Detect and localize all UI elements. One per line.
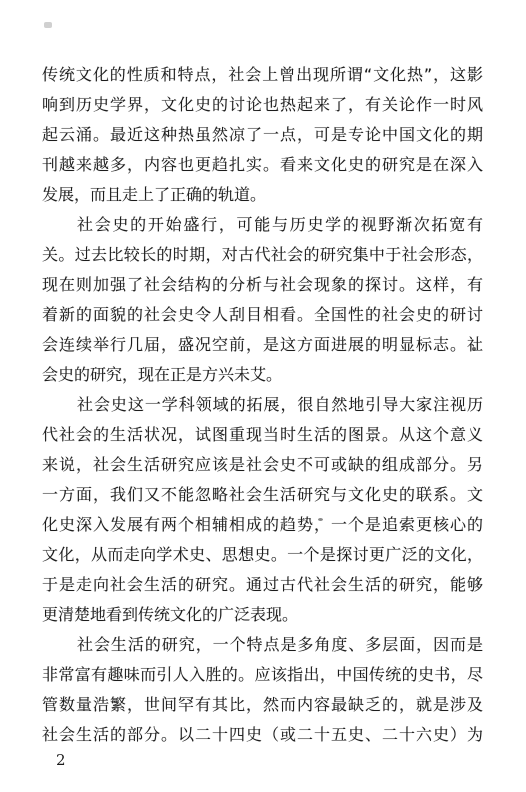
- text-line: 非常富有趣味而引人入胜的。应该指出，中国传统的史书，尽: [42, 660, 483, 690]
- text-line: 着新的面貌的社会史令人刮目相看。全国性的社会史的研讨: [42, 300, 483, 330]
- text-line: 响到历史学界，文化史的讨论也热起来了，有关论作一时风: [42, 90, 483, 120]
- scan-artifact: [44, 22, 52, 28]
- text-line: 更清楚地看到传统文化的广泛表现。: [42, 600, 483, 630]
- text-line: 管数量浩繁，世间罕有其比，然而内容最缺乏的，就是涉及: [42, 690, 483, 720]
- text-line: 会史的研究，现在正是方兴未艾。: [42, 360, 483, 390]
- text-line: 来说，社会生活研究应该是社会史不可或缺的组成部分。另: [42, 450, 483, 480]
- text-line: 关。过去比较长的时期，对古代社会的研究集中于社会形态，: [42, 240, 483, 270]
- text-line: 传统文化的性质和特点，社会上曾出现所谓“文化热”，这影: [42, 60, 483, 90]
- text-line: 化史深入发展有两个相辅相成的趋势，一个是追索更核心的: [42, 510, 483, 540]
- text-line: 社会生活的部分。以二十四史（或二十五史、二十六史）为: [42, 720, 483, 750]
- text-line: 现在则加强了社会结构的分析与社会现象的探讨。这样，有: [42, 270, 483, 300]
- page-number: 2: [56, 751, 66, 769]
- text-line: 文化，从而走向学术史、思想史。一个是探讨更广泛的文化，: [42, 540, 483, 570]
- text-line: 社会史这一学科领域的拓展，很自然地引导大家注视历: [42, 390, 483, 420]
- text-line: 代社会的生活状况，试图重现当时生活的图景。从这个意义: [42, 420, 483, 450]
- text-line: 社会生活的研究，一个特点是多角度、多层面，因而是: [42, 630, 483, 660]
- page-text: 传统文化的性质和特点，社会上曾出现所谓“文化热”，这影响到历史学界，文化史的讨论…: [42, 60, 483, 750]
- text-line: 社会史的开始盛行，可能与历史学的视野渐次拓宽有: [42, 210, 483, 240]
- text-line: 于是走向社会生活的研究。通过古代社会生活的研究，能够: [42, 570, 483, 600]
- text-line: 一方面，我们又不能忽略社会生活研究与文化史的联系。文: [42, 480, 483, 510]
- text-line: 刊越来越多，内容也更趋扎实。看来文化史的研究是在深入: [42, 150, 483, 180]
- text-line: 起云涌。最近这种热虽然凉了一点，可是专论中国文化的期: [42, 120, 483, 150]
- text-line: 发展，而且走上了正确的轨道。: [42, 180, 483, 210]
- book-page: 传统文化的性质和特点，社会上曾出现所谓“文化热”，这影响到历史学界，文化史的讨论…: [0, 0, 526, 792]
- text-line: 会连续举行几届，盛况空前，是这方面进展的明显标志。社: [42, 330, 483, 360]
